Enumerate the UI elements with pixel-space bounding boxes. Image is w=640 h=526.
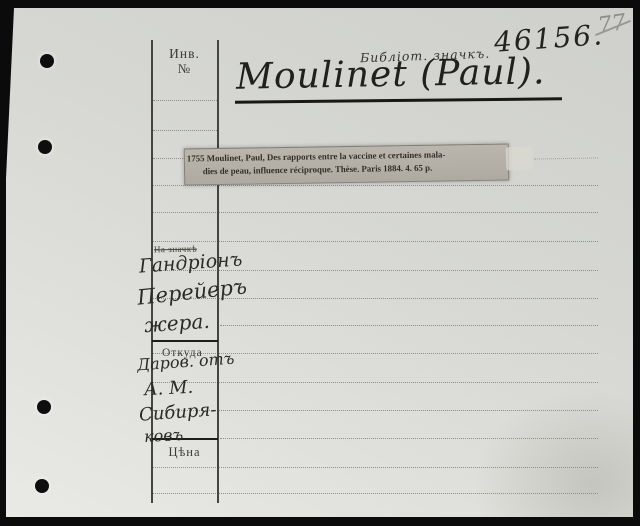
catalog-card: Инв. № На значкѣ Откуда Цѣна Гандріонъ П… (6, 8, 633, 517)
origin-entry: А. М. (143, 377, 193, 401)
ruled-line (153, 241, 598, 242)
tape-residue (506, 147, 534, 171)
scanned-catalog-card-page: Инв. № На значкѣ Откуда Цѣна Гандріонъ П… (0, 0, 640, 526)
inventory-label-line1: Инв. (151, 46, 218, 61)
punch-hole (40, 54, 54, 68)
ruled-line (153, 467, 598, 468)
scan-stain (473, 387, 633, 517)
ruled-line (153, 410, 598, 411)
ruled-line (153, 493, 598, 494)
inventory-label-line2: № (151, 61, 218, 76)
origin-entry: ковъ (144, 425, 184, 446)
heavy-divider (152, 340, 218, 342)
punch-hole (35, 479, 49, 493)
ruled-line (153, 382, 598, 383)
inventory-number-label: Инв. № (151, 46, 218, 76)
punch-hole (38, 140, 52, 154)
scan-edge-notch (6, 8, 14, 178)
ruled-line (153, 100, 217, 101)
author-heading: Moulinet (Paul). (236, 51, 546, 97)
ruled-line (220, 325, 598, 326)
tape-residue-marks (534, 157, 598, 159)
origin-entry: Сибиря- (138, 399, 217, 425)
ruled-line (153, 212, 598, 213)
ruled-line (220, 438, 598, 439)
ruled-line (153, 130, 217, 131)
heading-underline (235, 97, 562, 103)
price-field-label: Цѣна (151, 445, 218, 460)
punch-hole (37, 400, 51, 414)
ruled-line (153, 185, 598, 186)
handwritten-entry: жера. (143, 309, 210, 338)
pasted-slip: 1755 Moulinet, Paul, Des rapports entre … (184, 143, 510, 185)
